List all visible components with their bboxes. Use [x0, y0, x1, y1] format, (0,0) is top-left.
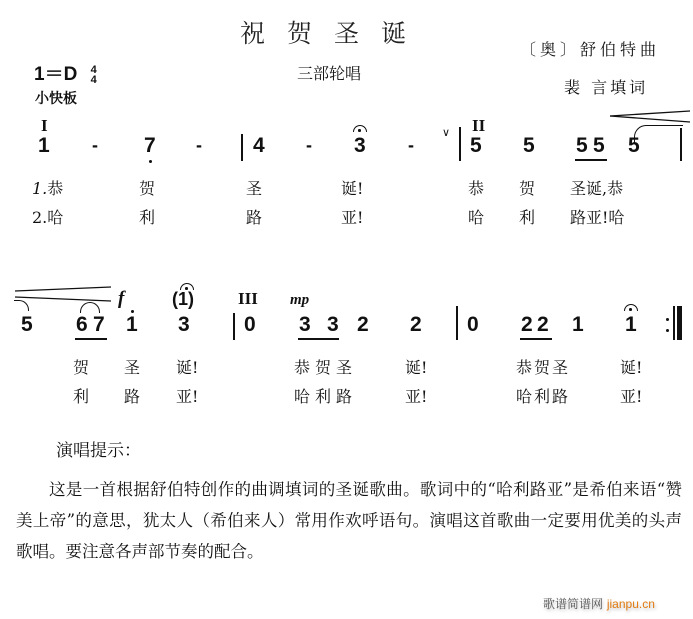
tips-heading: 演唱提示： — [56, 436, 141, 461]
note: 2 — [537, 314, 549, 336]
lyric-syllable: 诞! — [341, 176, 363, 199]
note: 5 — [576, 135, 588, 157]
section-marker-2: II — [472, 116, 485, 136]
note: 3 — [299, 314, 311, 336]
composer-credit: 〔奥〕舒伯特曲 — [520, 37, 660, 60]
lyric-syllable: 亚! — [405, 384, 427, 407]
key-signature: 1＝D 4 4 — [34, 59, 97, 86]
note: 3 — [178, 314, 190, 336]
subtitle: 三部轮唱 — [297, 61, 361, 84]
verse-number: 1. — [32, 179, 47, 198]
lyric: 2.哈 — [32, 205, 63, 228]
note: 3 — [354, 135, 366, 157]
barline — [241, 134, 243, 161]
repeat-dot — [666, 329, 669, 332]
note: 5 — [470, 135, 482, 157]
lyric-syllable: 哈 — [47, 208, 63, 227]
note: 5 — [593, 135, 605, 157]
final-barline-thick — [677, 306, 682, 340]
lyric-syllable: 哈利路 — [516, 384, 570, 407]
eighth-underline — [298, 338, 339, 340]
note: 1 — [572, 314, 584, 336]
eighth-underline — [75, 338, 107, 340]
key-label: 1＝D — [34, 64, 77, 85]
note-dash: - — [196, 135, 202, 156]
ossia-note: (1) — [172, 289, 194, 310]
lyric-syllable: 诞! — [176, 355, 198, 378]
lyric-syllable: 哈利路 — [294, 384, 357, 407]
note-dash: - — [408, 135, 414, 156]
section-marker-1: I — [41, 116, 48, 136]
time-sig-bottom: 4 — [91, 74, 97, 86]
lyric-syllable: 贺 — [519, 176, 535, 199]
lyricist-credit: 裴 言填词 — [564, 75, 648, 98]
time-signature: 4 4 — [91, 65, 97, 85]
fermata-icon — [353, 125, 367, 132]
note-dash: - — [306, 135, 312, 156]
note: 2 — [357, 314, 369, 336]
lyric-syllable: 利 — [139, 205, 155, 228]
tips-body: 这是一首根据舒伯特创作的曲调填词的圣诞歌曲。歌词中的“哈利路亚”是希伯来语“赞美… — [16, 474, 682, 567]
note: 5 — [523, 135, 535, 157]
note: 7 — [144, 135, 156, 157]
dynamic-mezzo-piano: mp — [290, 292, 309, 309]
barline — [459, 127, 461, 161]
lyric-syllable: 圣诞,恭 — [570, 176, 623, 199]
lyric-syllable: 贺 — [73, 355, 89, 378]
note: 0 — [244, 314, 256, 336]
tempo-marking: 小快板 — [35, 88, 77, 108]
slur-arc-icon — [80, 302, 100, 313]
lyric-syllable: 诞! — [405, 355, 427, 378]
note-dash: - — [92, 135, 98, 156]
section-marker-3: III — [238, 289, 258, 309]
lyric-syllable: 利 — [519, 205, 535, 228]
note: 1 — [126, 314, 138, 336]
crescendo-hairpin-icon — [610, 108, 690, 128]
lyric-syllable: 亚! — [620, 384, 642, 407]
lyric-syllable: 圣 — [246, 176, 262, 199]
dynamic-forte: f — [118, 288, 124, 310]
final-barline-thin — [673, 306, 675, 340]
lyric-syllable: 恭 — [468, 176, 484, 199]
lyric-syllable: 贺 — [139, 176, 155, 199]
lyric-syllable: 亚! — [341, 205, 363, 228]
lyric-syllable: 恭贺圣 — [516, 355, 570, 378]
barline — [456, 306, 458, 340]
note: 4 — [253, 135, 265, 157]
note: 1 — [38, 135, 50, 157]
note: 2 — [410, 314, 422, 336]
verse-number: 2. — [32, 208, 47, 227]
note: 7 — [93, 314, 105, 336]
lyric-syllable: 圣 — [124, 355, 140, 378]
barline — [680, 128, 682, 161]
repeat-dot — [666, 318, 669, 321]
lyric-syllable: 路亚!哈 — [570, 205, 624, 228]
watermark-label: 歌谱简谱网 — [543, 597, 603, 611]
eighth-underline — [520, 338, 552, 340]
lyric-syllable: 哈 — [468, 205, 484, 228]
note: 5 — [21, 314, 33, 336]
song-title: 祝贺圣诞 — [240, 14, 428, 50]
lyric-syllable: 利 — [73, 384, 89, 407]
lyric: 1.恭 — [32, 176, 63, 199]
note: 3 — [327, 314, 339, 336]
low-octave-dot — [149, 160, 152, 163]
decrescendo-hairpin-icon — [15, 285, 111, 303]
breath-mark-icon: ∨ — [442, 126, 450, 139]
note: 0 — [467, 314, 479, 336]
lyric-syllable: 诞! — [620, 355, 642, 378]
watermark-site: jianpu.cn — [607, 597, 655, 611]
eighth-underline — [575, 159, 607, 161]
lyric-syllable: 恭 — [47, 179, 63, 198]
barline — [233, 313, 235, 340]
lyric-syllable: 路 — [246, 205, 262, 228]
note: 1 — [625, 314, 637, 336]
note: 2 — [521, 314, 533, 336]
tips-paragraph: 这是一首根据舒伯特创作的曲调填词的圣诞歌曲。歌词中的“哈利路亚”是希伯来语“赞美… — [16, 474, 682, 567]
fermata-icon — [624, 304, 638, 311]
lyric-syllable: 路 — [124, 384, 140, 407]
lyric-syllable: 恭贺圣 — [294, 355, 357, 378]
note: 6 — [76, 314, 88, 336]
watermark: 歌谱简谱网 jianpu.cn — [543, 595, 655, 612]
lyric-syllable: 亚! — [176, 384, 198, 407]
